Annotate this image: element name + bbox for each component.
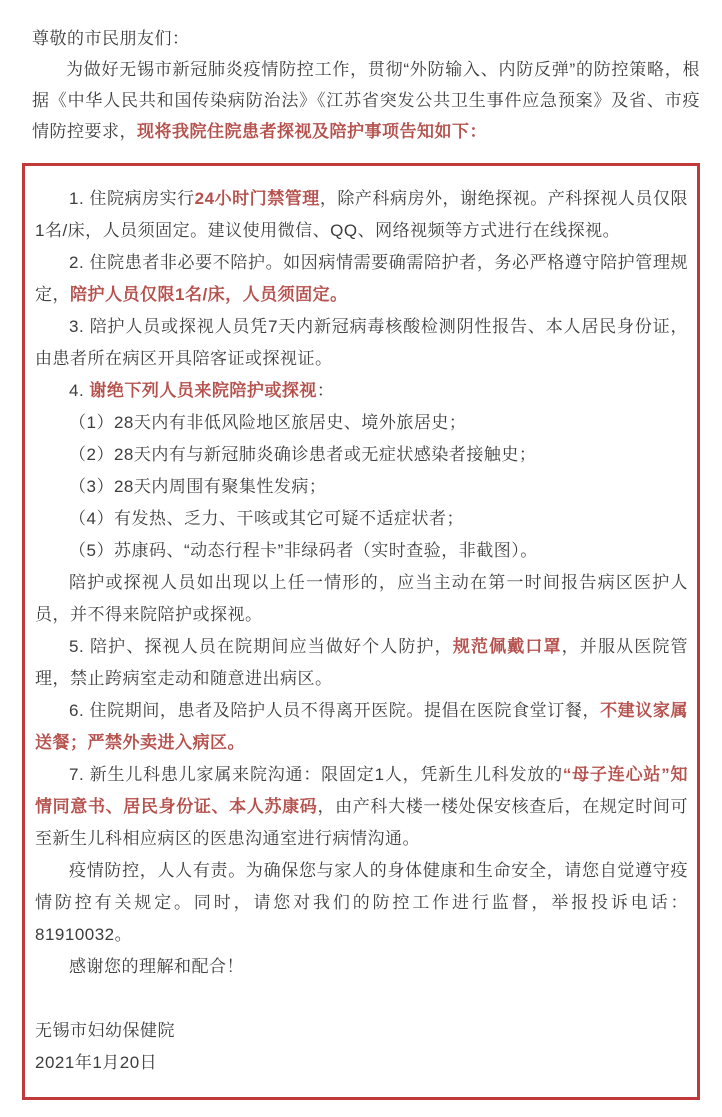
notice-page: { "page": { "colors": { "text": "#3d3d3d…: [0, 0, 722, 1117]
highlighted-text: 24小时门禁管理: [195, 189, 320, 208]
text-run: （3）28天内周围有聚集性发病；: [69, 477, 326, 496]
paragraph: 2. 住院患者非必要不陪护。如因病情需要确需陪护者，务必严格遵守陪护管理规定，陪…: [35, 247, 688, 311]
paragraph: （5）苏康码、“动态行程卡”非绿码者（实时查验，非截图）。: [35, 535, 688, 567]
intro-section: 尊敬的市民朋友们：为做好无锡市新冠肺炎疫情防控工作，贯彻“外防输入、内防反弹”的…: [0, 0, 722, 147]
text-run: 疫情防控，人人有责。为确保您与家人的身体健康和生命安全，请您自觉遵守疫情防控有关…: [35, 861, 688, 944]
notice-body: 1. 住院病房实行24小时门禁管理，除产科病房外，谢绝探视。产科探视人员仅限1名…: [35, 183, 688, 983]
text-run: 1. 住院病房实行: [69, 189, 195, 208]
paragraph: 尊敬的市民朋友们：: [32, 23, 700, 54]
text-run: （2）28天内有与新冠肺炎确诊患者或无症状感染者接触史；: [69, 445, 536, 464]
text-run: ：: [317, 381, 335, 400]
highlighted-text: 陪护人员仅限1名/床，人员须固定。: [70, 285, 348, 304]
date: 2021年1月20日: [35, 1047, 688, 1079]
paragraph: 为做好无锡市新冠肺炎疫情防控工作，贯彻“外防输入、内防反弹”的防控策略，根据《中…: [32, 54, 700, 147]
paragraph: 4. 谢绝下列人员来院陪护或探视：: [35, 375, 688, 407]
paragraph: 7. 新生儿科患儿家属来院沟通：限固定1人，凭新生儿科发放的“母子连心站”知情同…: [35, 759, 688, 855]
paragraph: （3）28天内周围有聚集性发病；: [35, 471, 688, 503]
text-run: 感谢您的理解和配合！: [69, 957, 244, 976]
paragraph: 疫情防控，人人有责。为确保您与家人的身体健康和生命安全，请您自觉遵守疫情防控有关…: [35, 855, 688, 951]
paragraph: （1）28天内有非低风险地区旅居史、境外旅居史；: [35, 407, 688, 439]
paragraph: 感谢您的理解和配合！: [35, 951, 688, 983]
signature: 无锡市妇幼保健院: [35, 1015, 688, 1047]
highlighted-text: 现将我院住院患者探视及陪护事项告知如下：: [137, 122, 487, 141]
notice-box: 1. 住院病房实行24小时门禁管理，除产科病房外，谢绝探视。产科探视人员仅限1名…: [22, 163, 700, 1100]
text-run: 陪护或探视人员如出现以上任一情形的，应当主动在第一时间报告病区医护人员，并不得来…: [35, 573, 688, 624]
highlighted-text: 规范佩戴口罩: [453, 637, 562, 656]
paragraph: 5. 陪护、探视人员在院期间应当做好个人防护，规范佩戴口罩，并服从医院管理，禁止…: [35, 631, 688, 695]
paragraph: 1. 住院病房实行24小时门禁管理，除产科病房外，谢绝探视。产科探视人员仅限1名…: [35, 183, 688, 247]
paragraph: 3. 陪护人员或探视人员凭7天内新冠病毒核酸检测阴性报告、本人居民身份证，由患者…: [35, 311, 688, 375]
text-run: 5. 陪护、探视人员在院期间应当做好个人防护，: [69, 637, 453, 656]
highlighted-text: 谢绝下列人员来院陪护或探视: [89, 381, 317, 400]
text-run: 6. 住院期间，患者及陪护人员不得离开医院。提倡在医院食堂订餐，: [69, 701, 600, 720]
paragraph: （4）有发热、乏力、干咳或其它可疑不适症状者；: [35, 503, 688, 535]
text-run: 4.: [69, 381, 89, 400]
text-run: 尊敬的市民朋友们：: [32, 29, 190, 48]
paragraph: 6. 住院期间，患者及陪护人员不得离开医院。提倡在医院食堂订餐，不建议家属送餐；…: [35, 695, 688, 759]
paragraph: （2）28天内有与新冠肺炎确诊患者或无症状感染者接触史；: [35, 439, 688, 471]
text-run: 3. 陪护人员或探视人员凭7天内新冠病毒核酸检测阴性报告、本人居民身份证，由患者…: [35, 317, 688, 368]
text-run: （5）苏康码、“动态行程卡”非绿码者（实时查验，非截图）。: [69, 541, 538, 560]
text-run: 7. 新生儿科患儿家属来院沟通：限固定1人，凭新生儿科发放的: [69, 765, 563, 784]
text-run: （1）28天内有非低风险地区旅居史、境外旅居史；: [69, 413, 466, 432]
paragraph: 陪护或探视人员如出现以上任一情形的，应当主动在第一时间报告病区医护人员，并不得来…: [35, 567, 688, 631]
text-run: （4）有发热、乏力、干咳或其它可疑不适症状者；: [69, 509, 464, 528]
